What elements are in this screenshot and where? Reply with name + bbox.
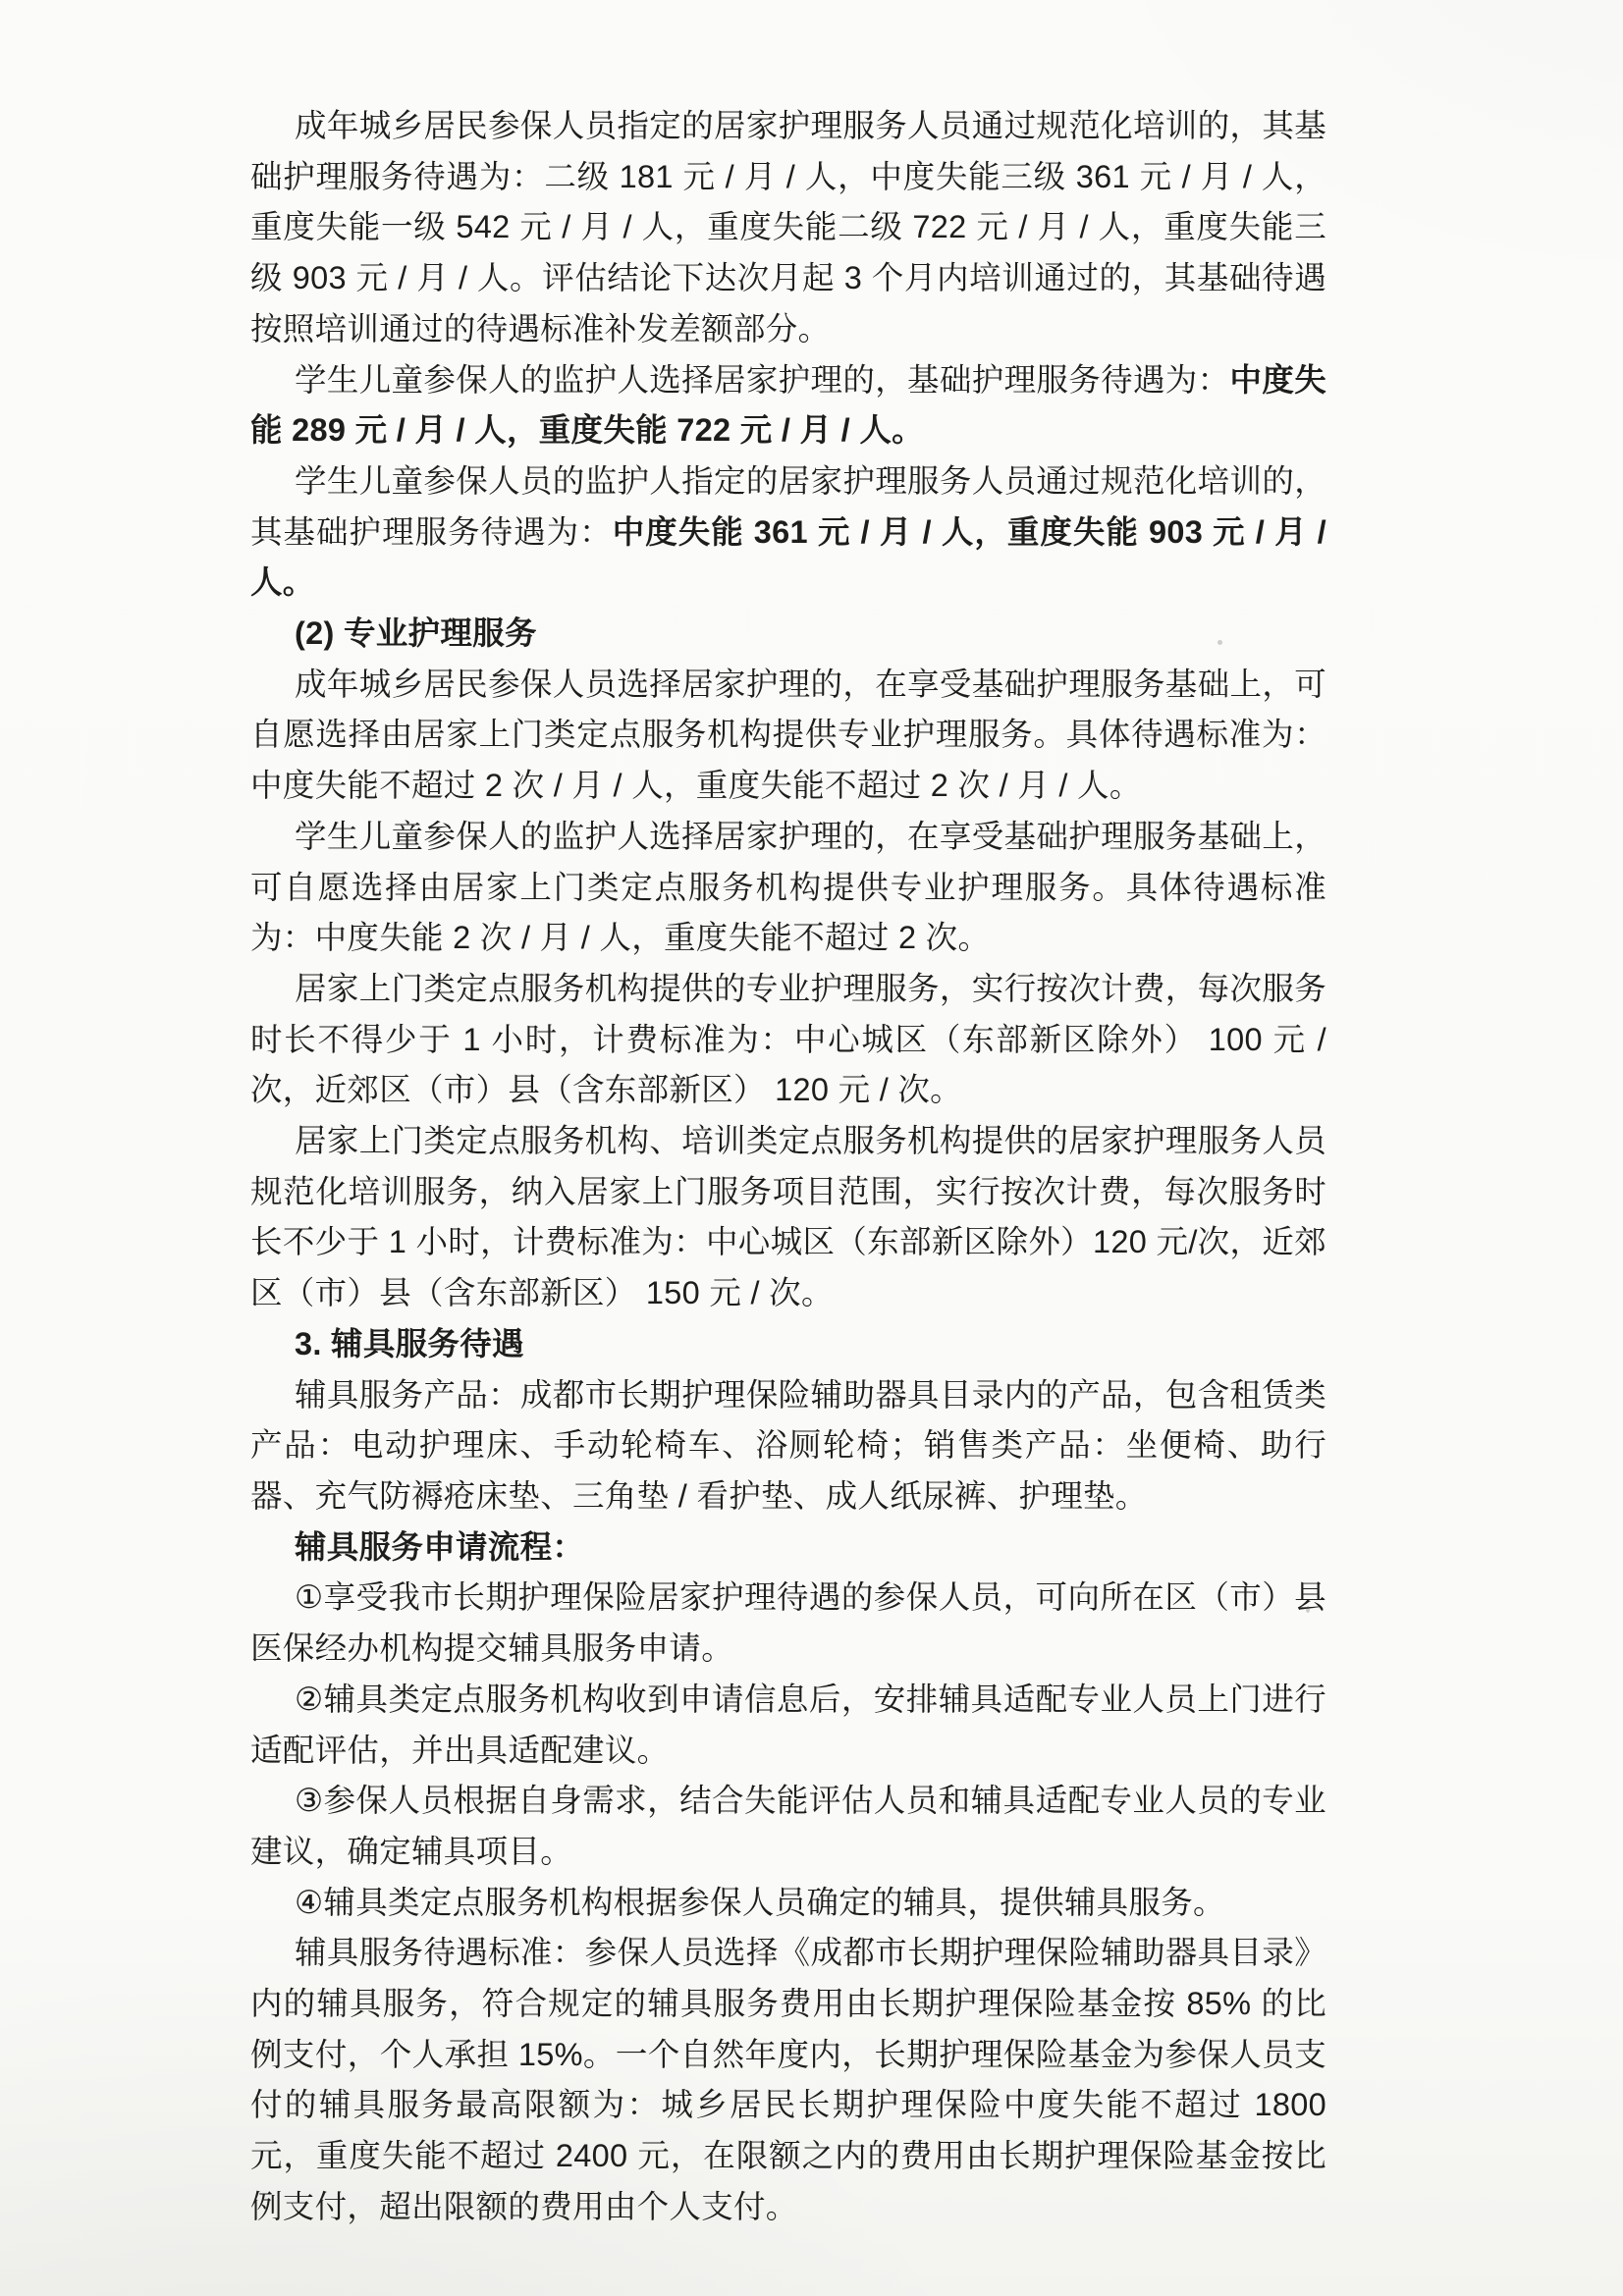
paragraph: 辅具服务待遇标准：参保人员选择《成都市长期护理保险辅助器具目录》内的辅具服务，符…	[250, 1928, 1326, 2232]
text-segment: 学生儿童参保人的监护人选择居家护理的，基础护理服务待遇为：	[295, 362, 1230, 398]
text-segment: ④辅具类定点服务机构根据参保人员确定的辅具，提供辅具服务。	[295, 1885, 1225, 1920]
paragraph: ①享受我市长期护理保险居家护理待遇的参保人员，可向所在区（市）县医保经办机构提交…	[250, 1573, 1326, 1674]
section-heading: 辅具服务申请流程：	[250, 1522, 1326, 1574]
text-segment: 辅具服务待遇标准：参保人员选择《成都市长期护理保险辅助器具目录》内的辅具服务，符…	[250, 1935, 1326, 2224]
paragraph: ④辅具类定点服务机构根据参保人员确定的辅具，提供辅具服务。	[250, 1878, 1326, 1929]
paragraph: 居家上门类定点服务机构提供的专业护理服务，实行按次计费，每次服务时长不得少于 1…	[250, 964, 1326, 1116]
document-text-block: 成年城乡居民参保人员指定的居家护理服务人员通过规范化培训的，其基础护理服务待遇为…	[250, 101, 1326, 2233]
paragraph: ③参保人员根据自身需求，结合失能评估人员和辅具适配专业人员的专业建议，确定辅具项…	[250, 1776, 1326, 1877]
paragraph: 成年城乡居民参保人员指定的居家护理服务人员通过规范化培训的，其基础护理服务待遇为…	[250, 101, 1326, 355]
section-heading: 3. 辅具服务待遇	[250, 1319, 1326, 1370]
text-segment: 学生儿童参保人的监护人选择居家护理的，在享受基础护理服务基础上，可自愿选择由居家…	[250, 819, 1326, 955]
paragraph: 学生儿童参保人的监护人选择居家护理的，基础护理服务待遇为：中度失能 289 元 …	[250, 355, 1326, 456]
paragraph: 学生儿童参保人的监护人选择居家护理的，在享受基础护理服务基础上，可自愿选择由居家…	[250, 812, 1326, 964]
text-segment: ③参保人员根据自身需求，结合失能评估人员和辅具适配专业人员的专业建议，确定辅具项…	[250, 1783, 1326, 1869]
document-page: 成年城乡居民参保人员指定的居家护理服务人员通过规范化培训的，其基础护理服务待遇为…	[0, 0, 1623, 2296]
paragraph: 学生儿童参保人员的监护人指定的居家护理服务人员通过规范化培训的，其基础护理服务待…	[250, 456, 1326, 609]
paragraph: 成年城乡居民参保人员选择居家护理的，在享受基础护理服务基础上，可自愿选择由居家上…	[250, 660, 1326, 812]
paragraph: ②辅具类定点服务机构收到申请信息后，安排辅具适配专业人员上门进行适配评估，并出具…	[250, 1675, 1326, 1776]
text-segment: ①享受我市长期护理保险居家护理待遇的参保人员，可向所在区（市）县医保经办机构提交…	[250, 1579, 1326, 1666]
scan-speck	[1306, 1606, 1310, 1613]
text-segment: 居家上门类定点服务机构提供的专业护理服务，实行按次计费，每次服务时长不得少于 1…	[250, 971, 1326, 1107]
text-segment: 辅具服务产品：成都市长期护理保险辅助器具目录内的产品，包含租赁类产品：电动护理床…	[250, 1377, 1326, 1514]
section-heading: (2) 专业护理服务	[250, 609, 1326, 660]
text-segment: 3. 辅具服务待遇	[295, 1326, 524, 1362]
paragraph: 居家上门类定点服务机构、培训类定点服务机构提供的居家护理服务人员规范化培训服务，…	[250, 1116, 1326, 1319]
paragraph: 辅具服务产品：成都市长期护理保险辅助器具目录内的产品，包含租赁类产品：电动护理床…	[250, 1370, 1326, 1522]
text-segment: 居家上门类定点服务机构、培训类定点服务机构提供的居家护理服务人员规范化培训服务，…	[250, 1123, 1326, 1310]
scan-speck	[1217, 640, 1222, 645]
text-segment: (2) 专业护理服务	[295, 615, 537, 651]
text-segment: 成年城乡居民参保人员选择居家护理的，在享受基础护理服务基础上，可自愿选择由居家上…	[250, 667, 1326, 803]
text-segment: 辅具服务申请流程：	[295, 1529, 584, 1565]
text-segment: ②辅具类定点服务机构收到申请信息后，安排辅具适配专业人员上门进行适配评估，并出具…	[250, 1682, 1326, 1768]
text-segment: 成年城乡居民参保人员指定的居家护理服务人员通过规范化培训的，其基础护理服务待遇为…	[250, 108, 1326, 347]
